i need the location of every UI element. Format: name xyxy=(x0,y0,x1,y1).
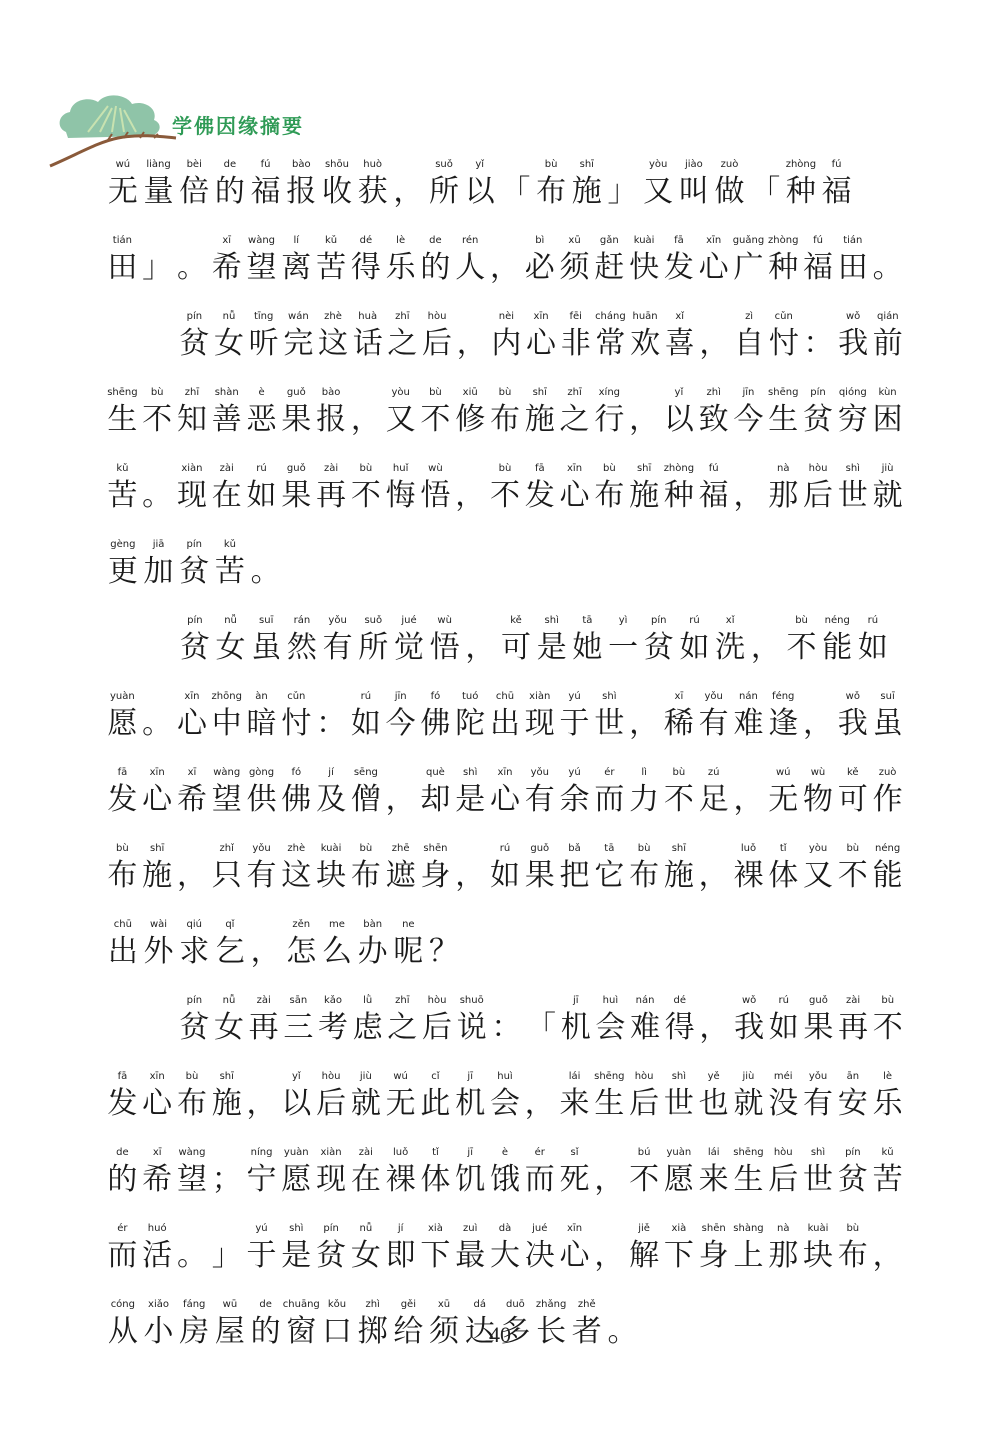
character-with-pinyin: rú如 xyxy=(855,614,891,668)
pinyin: fó xyxy=(291,766,301,780)
text-line: pín贫nǚ女zài再sān三kǎo考lǜ虑zhī之hòu后shuō说：「jī机… xyxy=(105,994,905,1070)
character-with-pinyin: bù不 xyxy=(662,766,697,820)
hanzi: 布 xyxy=(107,856,137,896)
pinyin: guǎng xyxy=(733,234,765,248)
hanzi: 善 xyxy=(212,400,242,440)
character-with-pinyin: kě可 xyxy=(498,614,534,668)
hanzi: 发 xyxy=(107,780,137,820)
pinyin: nǚ xyxy=(360,1222,373,1236)
character-with-pinyin: qiú求 xyxy=(176,918,212,972)
pinyin: bù xyxy=(499,386,512,400)
hanzi: 非 xyxy=(561,324,591,364)
hanzi: 果 xyxy=(803,1008,833,1048)
pinyin: chuāng xyxy=(283,1298,320,1312)
pinyin: jī xyxy=(467,1070,473,1084)
character-with-pinyin: ér而 xyxy=(105,1222,140,1276)
hanzi: 么 xyxy=(322,932,352,972)
hanzi: 乐 xyxy=(873,1084,903,1124)
hanzi: ： xyxy=(316,704,346,744)
hanzi: 生 xyxy=(768,400,798,440)
pinyin: rú xyxy=(500,842,510,856)
pinyin-text-body: wú无liàng量bèi倍de的fú福bào报shōu收huò获，suǒ所yǐ以… xyxy=(105,158,905,1374)
hanzi: 活 xyxy=(142,1236,172,1276)
character-with-pinyin: kǔ苦 xyxy=(870,1146,905,1200)
character-with-pinyin: bù布 xyxy=(105,842,140,896)
pinyin: cǔn xyxy=(287,690,305,704)
hanzi: ， xyxy=(733,780,763,820)
pinyin: bù xyxy=(673,766,686,780)
pinyin: bù xyxy=(360,842,373,856)
pinyin: shuō xyxy=(460,994,484,1008)
hanzi: 又 xyxy=(643,172,673,212)
pinyin: rén xyxy=(462,234,478,248)
pinyin: kuài xyxy=(634,234,655,248)
character-with-pinyin: zhī之 xyxy=(557,386,592,440)
character-with-pinyin: shàn善 xyxy=(209,386,244,440)
pinyin: wàng xyxy=(213,766,240,780)
character-with-pinyin: zuò做 xyxy=(712,158,748,212)
hanzi: 有 xyxy=(323,628,353,668)
character-with-pinyin: nǚ女 xyxy=(212,310,247,364)
character-with-pinyin: qióng穷 xyxy=(835,386,870,440)
character-with-pinyin: bù不 xyxy=(835,842,870,896)
hanzi: 发 xyxy=(664,248,694,288)
pinyin: wǒ xyxy=(742,994,756,1008)
character-with-pinyin: suǒ所 xyxy=(355,614,391,668)
character-with-pinyin: tīng听 xyxy=(246,310,281,364)
hanzi: 体 xyxy=(420,1160,450,1200)
pinyin: rú xyxy=(361,690,371,704)
hanzi: 大 xyxy=(490,1236,520,1276)
hanzi: 人 xyxy=(455,248,485,288)
character-with-pinyin: 「 xyxy=(524,994,559,1048)
hanzi: 无 xyxy=(768,780,798,820)
character-with-pinyin: kǔ苦 xyxy=(212,538,248,592)
character-with-pinyin: fā发 xyxy=(522,462,557,516)
hanzi: 忖 xyxy=(769,324,799,364)
hanzi: ， xyxy=(455,856,485,896)
character-with-pinyin: bào报 xyxy=(283,158,319,212)
character-with-pinyin: yuàn愿 xyxy=(279,1146,314,1200)
character-with-pinyin: bèi倍 xyxy=(176,158,212,212)
hanzi: 身 xyxy=(699,1236,729,1276)
pinyin: sān xyxy=(290,994,308,1008)
hanzi: 心 xyxy=(177,704,207,744)
character-with-pinyin: pín贫 xyxy=(177,994,212,1048)
hanzi: 前 xyxy=(873,324,903,364)
hanzi: 有 xyxy=(699,704,729,744)
pinyin: shì xyxy=(846,462,860,476)
character-with-pinyin: àn暗 xyxy=(244,690,279,744)
pinyin: huǐ xyxy=(393,462,408,476)
hanzi: 忖 xyxy=(281,704,311,744)
hanzi: 是 xyxy=(537,628,567,668)
hanzi: 贫 xyxy=(179,324,209,364)
character-with-pinyin: ， xyxy=(244,1070,279,1124)
character-with-pinyin: zhì致 xyxy=(696,386,731,440)
character-with-pinyin: bào报 xyxy=(314,386,349,440)
pinyin: yú xyxy=(568,766,580,780)
pinyin: zhì xyxy=(706,386,720,400)
hanzi: 希 xyxy=(177,780,207,820)
hanzi: 。 xyxy=(177,248,207,288)
character-with-pinyin: huò获 xyxy=(355,158,391,212)
pinyin: zhōng xyxy=(212,690,242,704)
pinyin: lǜ xyxy=(363,994,372,1008)
hanzi: 施 xyxy=(572,172,602,212)
pinyin: yǐ xyxy=(675,386,684,400)
pinyin: zhòng xyxy=(786,158,816,172)
pinyin: kǔ xyxy=(325,234,337,248)
pinyin: shī xyxy=(580,158,594,172)
hanzi: 现 xyxy=(177,476,207,516)
character-with-pinyin: xiū修 xyxy=(453,386,488,440)
pinyin: shēng xyxy=(733,1146,763,1160)
hanzi: ， xyxy=(247,1084,277,1124)
hanzi: 陀 xyxy=(455,704,485,744)
pinyin: pín xyxy=(845,1146,860,1160)
hanzi: 。 xyxy=(873,248,903,288)
pinyin: zú xyxy=(708,766,720,780)
hanzi: 体 xyxy=(768,856,798,896)
pinyin: xiàn xyxy=(320,1146,341,1160)
pinyin: fēi xyxy=(570,310,582,324)
hanzi: 块 xyxy=(803,1236,833,1276)
hanzi: 而 xyxy=(525,1160,555,1200)
character-with-pinyin: zài再 xyxy=(836,994,871,1048)
character-with-pinyin: yǐ以 xyxy=(662,386,697,440)
pinyin: bù xyxy=(429,386,442,400)
text-line: de的xī希wàng望；níng宁yuàn愿xiàn现zài在luǒ裸tǐ体jī… xyxy=(105,1146,905,1222)
character-with-pinyin: lí离 xyxy=(279,234,314,288)
pinyin: suǒ xyxy=(364,614,382,628)
pinyin: hòu xyxy=(774,1146,793,1160)
hanzi: 种 xyxy=(768,248,798,288)
character-with-pinyin: luǒ裸 xyxy=(731,842,766,896)
pinyin: xiàn xyxy=(529,690,550,704)
pinyin: shī xyxy=(150,842,164,856)
hanzi: 的 xyxy=(420,248,450,288)
hanzi: 不 xyxy=(664,780,694,820)
hanzi: ： xyxy=(491,1008,521,1048)
character-with-pinyin: wù悟 xyxy=(427,614,463,668)
character-with-pinyin: huì会 xyxy=(593,994,628,1048)
text-line: pín贫nǚ女suī虽rán然yǒu有suǒ所jué觉wù悟，kě可shì是tā… xyxy=(105,614,905,690)
hanzi: 再 xyxy=(838,1008,868,1048)
pinyin: gèng xyxy=(110,538,135,552)
pinyin: jiào xyxy=(685,158,703,172)
hanzi: ， xyxy=(699,324,729,364)
hanzi: 我 xyxy=(838,704,868,744)
pinyin: nà xyxy=(777,462,789,476)
pinyin: dé xyxy=(673,994,686,1008)
pinyin: yòu xyxy=(391,386,409,400)
pinyin: zhè xyxy=(324,310,342,324)
pinyin: què xyxy=(426,766,445,780)
character-with-pinyin: gǎn赶 xyxy=(592,234,627,288)
character-with-pinyin: tuó陀 xyxy=(453,690,488,744)
pinyin: xīn xyxy=(534,310,549,324)
character-with-pinyin: suī虽 xyxy=(248,614,284,668)
character-with-pinyin: shì世 xyxy=(801,1146,836,1200)
character-with-pinyin: nǚ女 xyxy=(213,614,249,668)
hanzi: 广 xyxy=(733,248,763,288)
hanzi: 在 xyxy=(212,476,242,516)
hanzi: 自 xyxy=(734,324,764,364)
character-with-pinyin: ： xyxy=(489,994,524,1048)
character-with-pinyin: hòu后 xyxy=(420,310,455,364)
pinyin: è xyxy=(258,386,264,400)
character-with-pinyin: xī希 xyxy=(175,766,210,820)
hanzi: 余 xyxy=(560,780,590,820)
hanzi: 愿 xyxy=(664,1160,694,1200)
pinyin: hòu xyxy=(428,310,447,324)
character-with-pinyin: zài在 xyxy=(209,462,244,516)
character-with-pinyin: 。 xyxy=(870,234,905,288)
hanzi: 求 xyxy=(179,932,209,972)
hanzi: 。 xyxy=(142,704,172,744)
character-with-pinyin: wǒ我 xyxy=(835,690,870,744)
pinyin: zhǎng xyxy=(536,1298,566,1312)
pinyin: tǐ xyxy=(780,842,787,856)
pinyin: suī xyxy=(259,614,273,628)
character-with-pinyin: zhī知 xyxy=(175,386,210,440)
character-with-pinyin: liàng量 xyxy=(141,158,177,212)
hanzi: 离 xyxy=(281,248,311,288)
hanzi: 不 xyxy=(490,476,520,516)
pinyin: lè xyxy=(883,1070,892,1084)
character-with-pinyin: tǐ体 xyxy=(766,842,801,896)
pinyin: wán xyxy=(288,310,309,324)
hanzi: 饥 xyxy=(455,1160,485,1200)
pinyin: zài xyxy=(359,1146,373,1160)
character-with-pinyin: kuài块 xyxy=(801,1222,836,1276)
character-with-pinyin: hòu后 xyxy=(801,462,836,516)
pinyin: àn xyxy=(255,690,267,704)
hanzi: 苦 xyxy=(107,476,137,516)
hanzi: 得 xyxy=(351,248,381,288)
pinyin: yě xyxy=(708,1070,720,1084)
pinyin: huān xyxy=(632,310,657,324)
pinyin: wù xyxy=(428,462,443,476)
character-with-pinyin: ， xyxy=(748,614,784,668)
hanzi: 再 xyxy=(316,476,346,516)
character-with-pinyin: guǒ果 xyxy=(279,386,314,440)
pinyin: zhī xyxy=(395,994,409,1008)
pinyin: zhī xyxy=(395,310,409,324)
pinyin: cháng xyxy=(595,310,626,324)
hanzi: 能 xyxy=(822,628,852,668)
character-with-pinyin: sǐ死 xyxy=(557,1146,592,1200)
pinyin: zuò xyxy=(879,766,897,780)
hanzi: 常 xyxy=(595,324,625,364)
hanzi: 贫 xyxy=(803,400,833,440)
pinyin: bào xyxy=(322,386,341,400)
hanzi: 不 xyxy=(873,1008,903,1048)
character-with-pinyin: huān欢 xyxy=(628,310,663,364)
hanzi: 把 xyxy=(560,856,590,896)
character-with-pinyin: tā它 xyxy=(592,842,627,896)
hanzi: ， xyxy=(733,476,763,516)
hanzi: 又 xyxy=(386,400,416,440)
character-with-pinyin: 「 xyxy=(747,158,783,212)
character-with-pinyin: sān三 xyxy=(281,994,316,1048)
pinyin: wù xyxy=(437,614,452,628)
hanzi: 贫 xyxy=(644,628,674,668)
hanzi: ， xyxy=(386,780,416,820)
hanzi: ， xyxy=(594,1236,624,1276)
character-with-pinyin: xīn心 xyxy=(140,766,175,820)
pinyin: bù xyxy=(795,614,808,628)
pinyin: zì xyxy=(745,310,753,324)
pinyin: xī xyxy=(222,234,231,248)
character-with-pinyin: fā发 xyxy=(662,234,697,288)
character-with-pinyin: xià下 xyxy=(662,1222,697,1276)
character-with-pinyin: ， xyxy=(697,310,732,364)
hanzi: 难 xyxy=(733,704,763,744)
pinyin: zài xyxy=(257,994,271,1008)
pinyin: kùn xyxy=(878,386,896,400)
pinyin: nèi xyxy=(499,310,514,324)
hanzi: 欢 xyxy=(630,324,660,364)
character-with-pinyin: méi没 xyxy=(766,1070,801,1124)
pinyin: lái xyxy=(708,1146,720,1160)
character-with-pinyin: zuò作 xyxy=(870,766,905,820)
pinyin: chū xyxy=(496,690,514,704)
hanzi: 。 xyxy=(142,476,172,516)
pinyin: rán xyxy=(294,614,311,628)
character-with-pinyin: lè乐 xyxy=(870,1070,905,1124)
pinyin: yòu xyxy=(649,158,667,172)
hanzi: 却 xyxy=(420,780,450,820)
hanzi: 布 xyxy=(629,856,659,896)
pinyin: jiě xyxy=(638,1222,650,1236)
pinyin: wú xyxy=(776,766,791,780)
character-with-pinyin: rú如 xyxy=(488,842,523,896)
character-with-pinyin: xiàn现 xyxy=(175,462,210,516)
hanzi: 种 xyxy=(786,172,816,212)
hanzi: 如 xyxy=(679,628,709,668)
hanzi: 收 xyxy=(322,172,352,212)
pinyin: bào xyxy=(292,158,311,172)
character-with-pinyin: bú不 xyxy=(627,1146,662,1200)
pinyin: pín xyxy=(187,614,202,628)
pinyin: shēn xyxy=(423,842,447,856)
pinyin: lì xyxy=(641,766,647,780)
character-with-pinyin: tā她 xyxy=(570,614,606,668)
hanzi: 苦 xyxy=(316,248,346,288)
hanzi: 此 xyxy=(420,1084,450,1124)
hanzi: 贫 xyxy=(180,628,210,668)
pinyin: zhī xyxy=(185,386,199,400)
hanzi: 虽 xyxy=(873,704,903,744)
character-with-pinyin: de的 xyxy=(105,1146,140,1200)
pinyin: zhī xyxy=(567,386,581,400)
hanzi: 施 xyxy=(629,476,659,516)
hanzi: 修 xyxy=(455,400,485,440)
character-with-pinyin: ， xyxy=(391,158,427,212)
character-with-pinyin: nǚ女 xyxy=(348,1222,383,1276)
pinyin: kǔ xyxy=(224,538,236,552)
character-with-pinyin: ér而 xyxy=(592,766,627,820)
pinyin: wú xyxy=(116,158,131,172)
hanzi: 愿 xyxy=(281,1160,311,1200)
hanzi: 之 xyxy=(560,400,590,440)
character-with-pinyin: shì是 xyxy=(453,766,488,820)
hanzi: 现 xyxy=(525,704,555,744)
pinyin: hòu xyxy=(635,1070,654,1084)
character-with-pinyin: yú余 xyxy=(557,766,592,820)
character-with-pinyin: jiù就 xyxy=(348,1070,383,1124)
hanzi: 致 xyxy=(699,400,729,440)
pinyin: pín xyxy=(187,994,202,1008)
pinyin: yǒu xyxy=(252,842,270,856)
character-with-pinyin: pín贫 xyxy=(314,1222,349,1276)
character-with-pinyin: kǔ苦 xyxy=(105,462,140,516)
character-with-pinyin: nèi内 xyxy=(489,310,524,364)
character-with-pinyin: huà话 xyxy=(350,310,385,364)
character-with-pinyin: nán难 xyxy=(731,690,766,744)
pinyin: bàn xyxy=(363,918,382,932)
character-with-pinyin: ？ xyxy=(426,918,462,972)
pinyin: jī xyxy=(467,1146,473,1160)
hanzi: ？ xyxy=(429,932,459,972)
character-with-pinyin: wàng望 xyxy=(209,766,244,820)
character-with-pinyin: bù布 xyxy=(835,1222,870,1276)
hanzi: 报 xyxy=(286,172,316,212)
character-with-pinyin: rú如 xyxy=(348,690,383,744)
pinyin: méi xyxy=(774,1070,793,1084)
pinyin: nán xyxy=(636,994,655,1008)
pinyin: yǒu xyxy=(704,690,722,704)
hanzi: 所 xyxy=(358,628,388,668)
character-with-pinyin: néng能 xyxy=(870,842,905,896)
character-with-pinyin: huǐ悔 xyxy=(383,462,418,516)
character-with-pinyin: xǐ洗 xyxy=(712,614,748,668)
hanzi: 三 xyxy=(283,1008,313,1048)
hanzi: 福 xyxy=(699,476,729,516)
character-with-pinyin: bù不 xyxy=(140,386,175,440)
hanzi: 解 xyxy=(629,1236,659,1276)
pinyin: bù xyxy=(360,462,373,476)
pinyin: zhòng xyxy=(664,462,694,476)
character-with-pinyin: 」 xyxy=(605,158,641,212)
hanzi: 机 xyxy=(455,1084,485,1124)
hanzi: 布 xyxy=(490,400,520,440)
hanzi: 我 xyxy=(734,1008,764,1048)
hanzi: 僧 xyxy=(351,780,381,820)
hanzi: 它 xyxy=(594,856,624,896)
hanzi: 心 xyxy=(560,476,590,516)
pinyin: guǒ xyxy=(530,842,549,856)
pinyin: bù xyxy=(846,1222,859,1236)
pinyin: jīn xyxy=(743,386,755,400)
pinyin: qǐ xyxy=(225,918,234,932)
hanzi: 今 xyxy=(386,704,416,744)
character-with-pinyin: yòu又 xyxy=(383,386,418,440)
character-with-pinyin: ； xyxy=(209,1146,244,1200)
pinyin: tīng xyxy=(254,310,273,324)
character-with-pinyin: xīn心 xyxy=(488,766,523,820)
hanzi: 知 xyxy=(177,400,207,440)
pinyin: xiàn xyxy=(181,462,202,476)
character-with-pinyin: xǐ喜 xyxy=(662,310,697,364)
hanzi: 心 xyxy=(699,248,729,288)
book-title: 学佛因缘摘要 xyxy=(172,110,304,139)
pinyin: jué xyxy=(401,614,416,628)
character-with-pinyin: zhòng种 xyxy=(662,462,697,516)
character-with-pinyin: guǒ果 xyxy=(279,462,314,516)
